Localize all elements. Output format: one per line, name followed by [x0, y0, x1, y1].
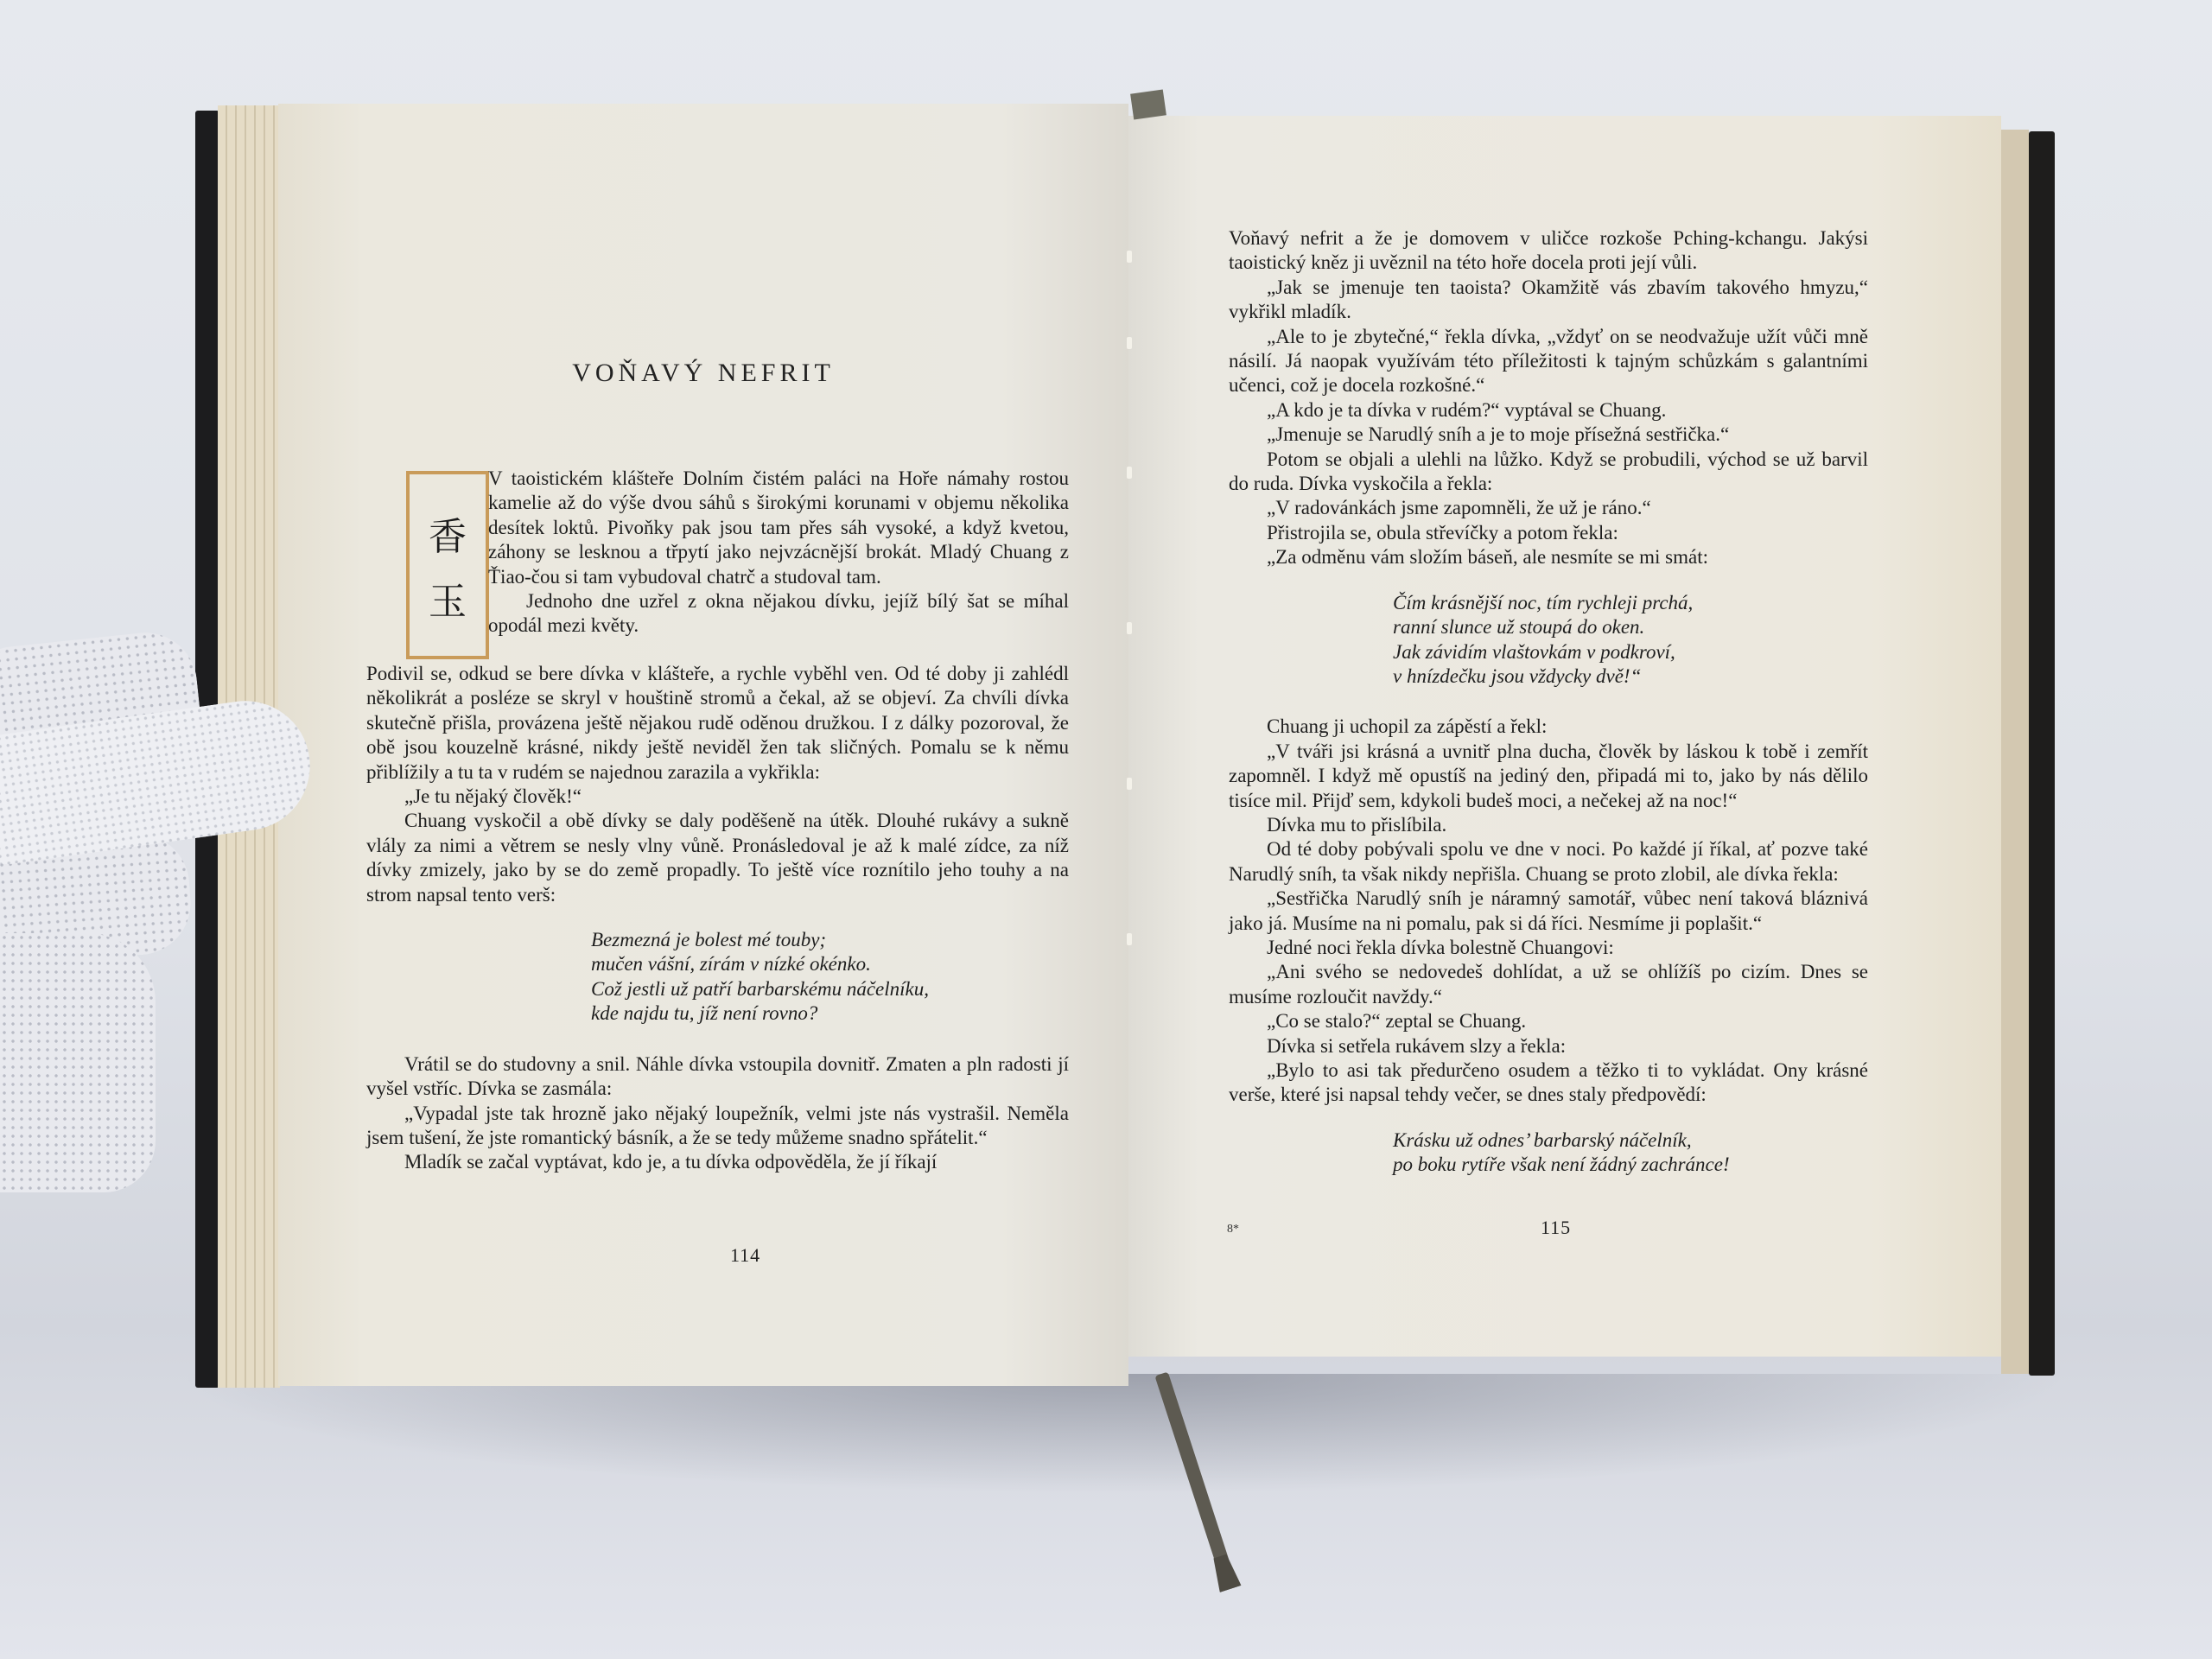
paragraph: „Co se stalo?“ zeptal se Chuang. — [1229, 1009, 1868, 1033]
paragraph: „Ale to je zbytečné,“ řekla dívka, „vždy… — [1229, 325, 1868, 398]
book-shadow — [173, 1374, 2074, 1495]
verse-line: po boku rytíře však není žádný zachránce… — [1393, 1153, 1868, 1177]
paragraph: „A kdo je ta dívka v rudém?“ vyptával se… — [1229, 398, 1868, 423]
paragraph: Dívka mu to přislíbila. — [1229, 813, 1868, 837]
paragraph: Dívka si setřela rukávem slzy a řekla: — [1229, 1034, 1868, 1058]
paragraph: „Za odměnu vám složím báseň, ale nesmíte… — [1229, 545, 1868, 569]
paragraph: „Bylo to asi tak předurčeno osudem a těž… — [1229, 1058, 1868, 1108]
paragraph: „Sestřička Narudlý sníh je náramný samot… — [1229, 887, 1868, 936]
verse-line: Čím krásnější noc, tím rychleji prchá, — [1393, 591, 1868, 615]
verse-line: Jak závidím vlaštovkám v podkroví, — [1393, 640, 1868, 664]
verse-line: kde najdu tu, jíž není rovno? — [591, 1001, 1069, 1026]
page-number-right: 115 — [1541, 1217, 1571, 1239]
paragraph: Vrátil se do studovny a snil. Náhle dívk… — [366, 1052, 1069, 1102]
bookmark-ribbon-top — [1130, 90, 1166, 120]
paragraph: Jednoho dne uzřel z okna nějakou dívku, … — [488, 589, 1069, 639]
verse-line: Bezmezná je bolest mé touby; — [591, 928, 1069, 952]
paragraph: V taoistickém klášteře Dolním čistém pal… — [488, 467, 1069, 589]
verse-line: mučen vášní, zírám v nízké okénko. — [591, 952, 1069, 976]
paragraph: Od té doby pobývali spolu ve dne v noci.… — [1229, 837, 1868, 887]
binding-stitch — [1127, 467, 1132, 479]
verse-block: Bezmezná je bolest mé touby; mučen vášní… — [366, 928, 1069, 1027]
signature-mark: 8* — [1227, 1223, 1239, 1236]
page-number-left: 114 — [730, 1244, 760, 1267]
right-cover-edge — [2029, 131, 2055, 1376]
paragraph: Chuang vyskočil a obě dívky se daly podě… — [366, 809, 1069, 907]
paragraph: „Jak se jmenuje ten taoista? Okamžitě vá… — [1229, 276, 1868, 325]
left-intro-text: V taoistickém klášteře Dolním čistém pal… — [488, 467, 1069, 639]
verse-line: v hnízdečku jsou vždycky dvě!“ — [1393, 664, 1868, 689]
paragraph: „Vypadal jste tak hrozně jako nějaký lou… — [366, 1102, 1069, 1151]
binding-stitch — [1127, 251, 1132, 263]
verse-line: Což jestli už patří barbarskému náčelník… — [591, 977, 1069, 1001]
right-endpaper — [2001, 130, 2029, 1374]
paragraph: Mladík se začal vyptávat, kdo je, a tu d… — [366, 1150, 1069, 1174]
paragraph: Jedné noci řekla dívka bolestně Chuangov… — [1229, 936, 1868, 960]
paragraph: „Jmenuje se Narudlý sníh a je to moje př… — [1229, 423, 1868, 447]
binding-stitch — [1127, 337, 1132, 349]
paragraph: Chuang ji uchopil za zápěstí a řekl: — [1229, 715, 1868, 739]
paragraph: „V radovánkách jsme zapomněli, že už je … — [1229, 496, 1868, 520]
binding-stitch — [1127, 778, 1132, 790]
paragraph: Přistrojila se, obula střevíčky a potom … — [1229, 521, 1868, 545]
gloved-palm — [0, 933, 156, 1192]
seal-character: 香 — [429, 505, 467, 561]
verse-line: Krásku už odnes’ barbarský náčelník, — [1393, 1128, 1868, 1153]
right-body-text: Voňavý nefrit a že je domovem v uličce r… — [1229, 226, 1868, 1204]
verse-block: Krásku už odnes’ barbarský náčelník, po … — [1229, 1128, 1868, 1178]
left-body-text: Podivil se, odkud se bere dívka v klášte… — [366, 662, 1069, 1175]
seal-character: 玉 — [429, 570, 467, 626]
binding-stitch — [1127, 933, 1132, 945]
paragraph: „Je tu nějaký člověk!“ — [366, 785, 1069, 809]
paragraph: Potom se objali a ulehli na lůžko. Když … — [1229, 448, 1868, 497]
chinese-seal-box: 香 玉 — [406, 471, 489, 659]
verse-line: ranní slunce už stoupá do oken. — [1393, 615, 1868, 639]
chapter-title: VOŇAVÝ NEFRIT — [278, 359, 1128, 388]
verse-block: Čím krásnější noc, tím rychleji prchá, r… — [1229, 591, 1868, 690]
paragraph: „Ani svého se nedovedeš dohlídat, a už s… — [1229, 960, 1868, 1009]
binding-stitch — [1127, 622, 1132, 634]
paragraph: „V tváři jsi krásná a uvnitř plna ducha,… — [1229, 740, 1868, 813]
paragraph: Voňavý nefrit a že je domovem v uličce r… — [1229, 226, 1868, 276]
paragraph: Podivil se, odkud se bere dívka v klášte… — [366, 662, 1069, 785]
bookmark-ribbon-tassel — [1209, 1553, 1241, 1592]
